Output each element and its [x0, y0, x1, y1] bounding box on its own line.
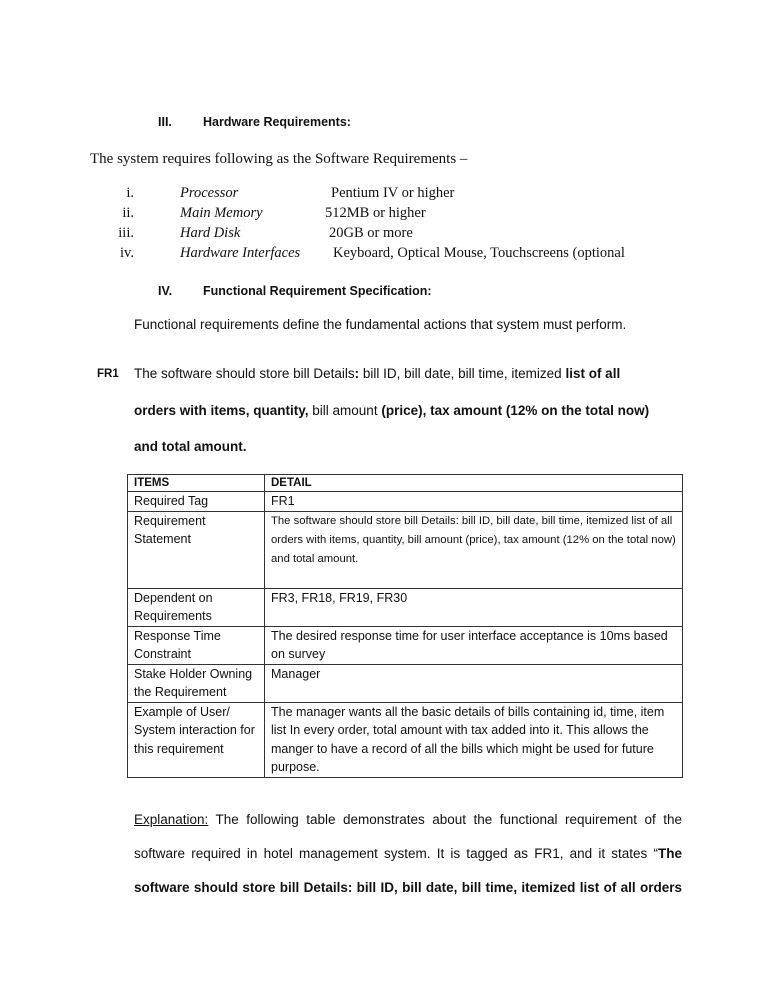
table-row: Stake Holder Owning the Requirement Mana… — [128, 664, 683, 702]
hw-item-value: Keyboard, Optical Mouse, Touchscreens (o… — [333, 245, 625, 262]
fr1-line1-text: The software should store bill Details — [134, 366, 355, 381]
table-cell-detail: The desired response time for user inter… — [265, 626, 683, 664]
fr1-line2-bold2: (price), tax amount (12% on the total no… — [381, 403, 649, 418]
hw-item-value: Pentium IV or higher — [331, 185, 454, 202]
hw-item-value: 20GB or more — [329, 225, 413, 242]
fr1-line2-text: bill amount — [309, 403, 382, 418]
explanation-line2-text: software required in hotel management sy… — [134, 846, 658, 861]
table-header-row: ITEMS DETAIL — [128, 475, 683, 492]
section-3-title: Hardware Requirements: — [203, 115, 351, 129]
fr1-line2-bold: orders with items, quantity, — [134, 403, 309, 418]
table-cell-detail: Manager — [265, 664, 683, 702]
table-cell-item: Example of User/ System interaction for … — [128, 702, 265, 777]
explanation-label: Explanation: — [134, 812, 208, 827]
explanation-line-2: software required in hotel management sy… — [134, 846, 682, 861]
table-cell-detail: The manager wants all the basic details … — [265, 702, 683, 777]
table-cell-item: Response Time Constraint — [128, 626, 265, 664]
table-cell-detail: FR3, FR18, FR19, FR30 — [265, 588, 683, 626]
explanation-line1-text: The following table demonstrates about t… — [208, 812, 682, 827]
table-cell-item: Requirement Statement — [128, 511, 265, 588]
hw-item-number: i. — [94, 185, 134, 202]
fr1-tag: FR1 — [97, 368, 119, 380]
explanation-line2-bold: The — [658, 846, 682, 861]
hw-item-value: 512MB or higher — [325, 205, 426, 222]
hw-item-name: Hardware Interfaces — [180, 245, 300, 262]
section-3-intro: The system requires following as the Sof… — [90, 151, 467, 168]
hw-item-number: ii. — [94, 205, 134, 222]
table-row: Dependent on Requirements FR3, FR18, FR1… — [128, 588, 683, 626]
explanation-line-1: Explanation: The following table demonst… — [134, 812, 682, 827]
hw-item-name: Hard Disk — [180, 225, 240, 242]
table-row: Requirement Statement The software shoul… — [128, 511, 683, 588]
fr1-line-2: orders with items, quantity, bill amount… — [134, 403, 649, 418]
requirement-table: ITEMS DETAIL Required Tag FR1 Requiremen… — [127, 474, 683, 778]
table-cell-item: Stake Holder Owning the Requirement — [128, 664, 265, 702]
fr1-line-3: and total amount. — [134, 439, 247, 454]
section-3-number: III. — [158, 115, 172, 129]
fr1-line1-bold: list of all — [565, 366, 620, 381]
table-cell-item: Dependent on Requirements — [128, 588, 265, 626]
hw-item-number: iv. — [94, 245, 134, 262]
fr1-line-1: The software should store bill Details: … — [134, 366, 620, 381]
table-cell-detail: FR1 — [265, 492, 683, 512]
section-4-title: Functional Requirement Specification: — [203, 284, 432, 298]
section-4-intro: Functional requirements define the funda… — [134, 317, 626, 332]
explanation-line-3: software should store bill Details: bill… — [134, 880, 682, 895]
table-header-detail: DETAIL — [265, 475, 683, 492]
table-header-items: ITEMS — [128, 475, 265, 492]
hw-item-number: iii. — [94, 225, 134, 242]
hw-item-name: Processor — [180, 185, 238, 202]
table-cell-item: Required Tag — [128, 492, 265, 512]
table-row: Example of User/ System interaction for … — [128, 702, 683, 777]
fr1-line1-text2: bill ID, bill date, bill time, itemized — [359, 366, 565, 381]
table-row: Required Tag FR1 — [128, 492, 683, 512]
table-cell-detail: The software should store bill Details: … — [265, 511, 683, 588]
table-row: Response Time Constraint The desired res… — [128, 626, 683, 664]
section-4-number: IV. — [158, 284, 172, 298]
hw-item-name: Main Memory — [180, 205, 263, 222]
